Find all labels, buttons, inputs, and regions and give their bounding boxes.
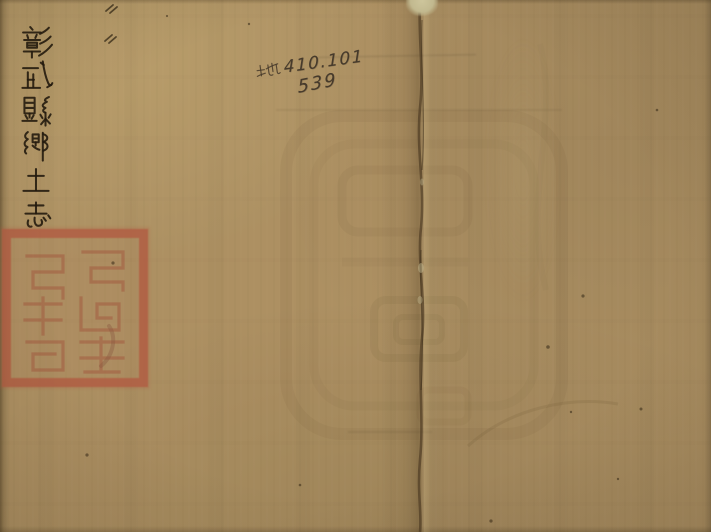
book-cover-scan: 410.101 539 xyxy=(0,0,711,532)
paper-specks xyxy=(0,0,711,532)
